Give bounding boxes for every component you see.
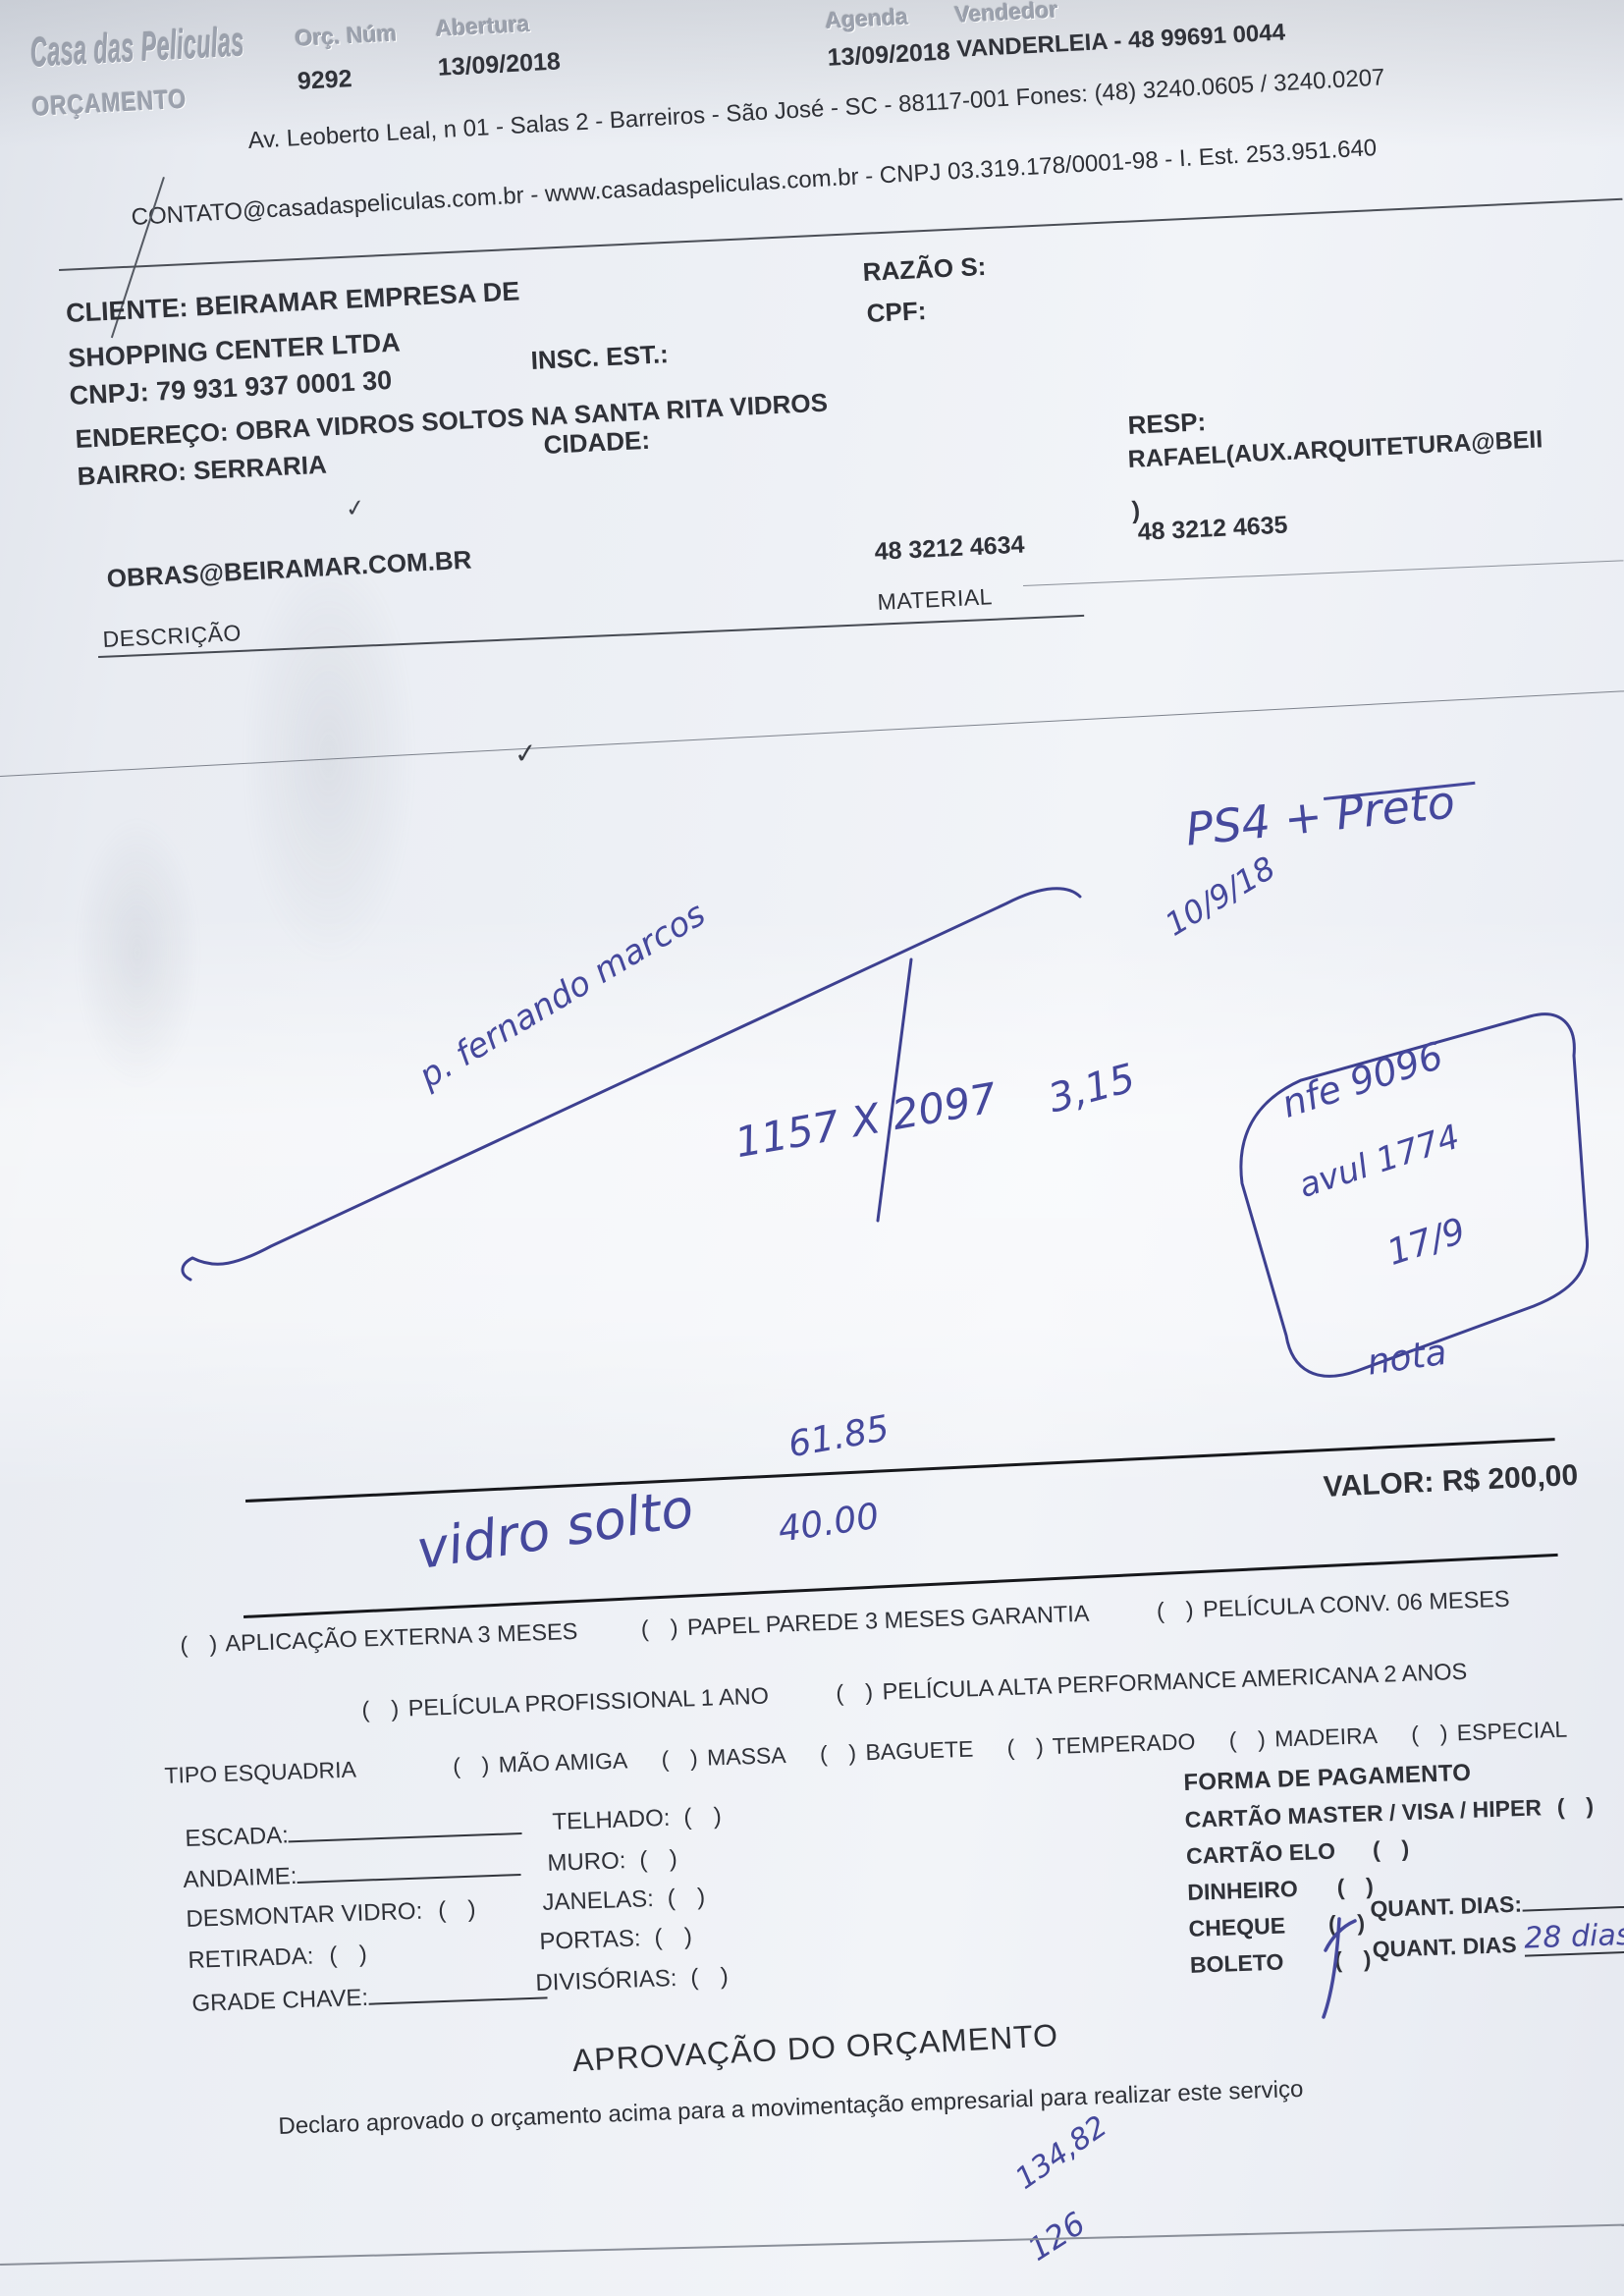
document-type-label: ORÇAMENTO [31,84,188,123]
checkbox-baguete: ( ) [820,1740,860,1767]
checkbox-retirada: ( ) [329,1941,370,1969]
telhado-row: TELHADO:( ) [552,1803,725,1836]
valor-value: R$ 200,00 [1441,1459,1579,1498]
descricao-rule [98,615,1084,658]
payment-method-cartao-master: CARTÃO MASTER / VISA / HIPER( ) [1184,1792,1597,1833]
option-massa: MASSA [707,1742,786,1771]
header-field-orc-num: Orç. Núm 9292 [295,21,400,96]
cartao-master-label: CARTÃO MASTER / VISA / HIPER [1184,1794,1542,1832]
orc-num-label: Orç. Núm [295,21,398,52]
insc-est-label: INSC. EST.: [530,339,669,376]
warranty-options-row-1: ( ) APLICAÇÃO EXTERNA 3 MESES ( ) PAPEL … [180,1586,1510,1659]
cliente-value: BEIRAMAR EMPRESA DE SHOPPING CENTER LTDA [68,276,520,373]
header-field-vendedor: Vendedor VANDERLEIA - 48 99691 0044 [954,0,1286,64]
escada-fill-line [288,1813,522,1842]
material-rule [1023,560,1624,586]
header-field-agenda: Agenda 13/09/2018 [825,1,950,72]
company-address-line: Av. Leoberto Leal, n 01 - Salas 2 - Barr… [247,64,1385,155]
cidade-label: CIDADE: [543,425,651,461]
razao-social-label: RAZÃO S: [862,251,987,288]
checkbox-especial: ( ) [1411,1721,1451,1747]
option-pelicula-profissional: PELÍCULA PROFISSIONAL 1 ANO [407,1683,769,1722]
approval-declaration: Declaro aprovado o orçamento acima para … [278,2076,1304,2141]
signature-stroke [177,830,1110,1291]
muro-label: MURO: [547,1847,626,1877]
checkbox-desmontar-vidro: ( ) [438,1896,479,1924]
option-madeira: MADEIRA [1274,1722,1379,1751]
divisorias-label: DIVISÓRIAS: [535,1965,677,1996]
option-papel-parede: PAPEL PAREDE 3 MESES GARANTIA [687,1601,1090,1640]
bairro-label: BAIRRO: [77,457,188,491]
escada-label: ESCADA: [185,1822,289,1852]
cliente-label: CLIENTE: [65,293,189,328]
quant-dias-boleto-line: 28 dias [1524,1921,1624,1957]
option-mao-amiga: MÃO AMIGA [498,1747,627,1777]
agenda-value: 13/09/2018 [827,37,950,73]
grade-chave-row: GRADE CHAVE: [191,1977,547,2018]
option-temperado: TEMPERADO [1052,1728,1195,1759]
pen-tick-on-rule: ✓ [513,737,539,771]
andaime-row: ANDAIME: [183,1854,521,1894]
checkbox-massa: ( ) [661,1745,701,1772]
quant-dias-boleto-label: QUANT. DIAS [1372,1932,1517,1962]
handwritten-boleto-check [1316,1915,1365,2023]
material-label: MATERIAL [877,583,994,616]
portas-row: PORTAS:( ) [539,1923,695,1956]
warranty-options-row-2: ( ) PELÍCULA PROFISSIONAL 1 ANO ( ) PELÍ… [361,1659,1468,1723]
company-logo: Casa das Peliculas [29,19,245,77]
portas-label: PORTAS: [539,1925,641,1955]
checkbox-telhado: ( ) [683,1803,725,1831]
abertura-value: 13/09/2018 [437,47,561,82]
handwritten-calc-top: 134,82 [1009,2109,1113,2197]
endereco-label: ENDEREÇO: [75,416,229,454]
checkbox-madeira: ( ) [1228,1726,1269,1753]
checkbox-muro: ( ) [639,1845,680,1873]
checkbox-temperado: ( ) [1006,1733,1047,1760]
checkbox-papel-parede: ( ) [640,1614,681,1641]
janelas-label: JANELAS: [542,1886,654,1916]
checkbox-portas: ( ) [654,1923,695,1950]
scanned-budget-document: Casa das Peliculas ORÇAMENTO Orç. Núm 92… [0,0,1624,2296]
bairro-row: BAIRRO: SERRARIA [77,450,327,492]
header-field-abertura: Abertura 13/09/2018 [435,9,562,82]
handwritten-quant-dias: 28 dias [1524,1918,1624,1956]
escada-row: ESCADA: [185,1813,522,1853]
material-phone: 48 3212 4634 [874,531,1025,567]
checkbox-janelas: ( ) [667,1884,708,1911]
option-pelicula-alta-performance: PELÍCULA ALTA PERFORMANCE AMERICANA 2 AN… [882,1659,1468,1705]
checkbox-pelicula-profissional: ( ) [361,1696,403,1722]
retirada-row: RETIRADA:( ) [188,1941,370,1975]
cnpj-label: CNPJ: [69,377,149,410]
divisorias-row: DIVISÓRIAS:( ) [535,1963,731,1997]
tipo-esquadria-label: TIPO ESQUADRIA [164,1757,356,1788]
approval-title: APROVAÇÃO DO ORÇAMENTO [461,2011,1169,2085]
quant-dias-cheque-line [1522,1885,1624,1911]
desmontar-vidro-label: DESMONTAR VIDRO: [186,1898,423,1933]
retirada-label: RETIRADA: [188,1943,314,1974]
descricao-label: DESCRIÇÃO [102,620,242,653]
resp-label: RESP: [1127,407,1207,441]
cheque-label: CHEQUE [1188,1912,1285,1941]
checkbox-pelicula-conv: ( ) [1156,1597,1197,1623]
quant-dias-cheque-label: QUANT. DIAS: [1370,1891,1522,1922]
option-aplicacao-externa: APLICAÇÃO EXTERNA 3 MESES [225,1618,578,1657]
valor-label: VALOR: [1323,1466,1435,1503]
scan-page-edge [0,2222,1624,2266]
cartao-elo-label: CARTÃO ELO [1186,1838,1336,1869]
bairro-value: SERRARIA [192,450,327,486]
checkbox-cartao-master: ( ) [1556,1792,1597,1819]
option-baguete: BAGUETE [865,1736,974,1766]
checkbox-mao-amiga: ( ) [453,1752,493,1778]
checkbox-divisorias: ( ) [690,1963,731,1991]
orc-num-value: 9292 [297,63,400,96]
payment-title: FORMA DE PAGAMENTO [1183,1755,1596,1797]
option-especial: ESPECIAL [1456,1717,1567,1746]
resp-phone: 48 3212 4635 [1137,512,1288,547]
boleto-label: BOLETO [1189,1949,1283,1978]
cpf-label: CPF: [866,296,927,329]
desmontar-vidro-row: DESMONTAR VIDRO:( ) [186,1896,479,1934]
muro-row: MURO:( ) [547,1845,680,1878]
handwritten-amount-mid: 40.00 [776,1497,882,1551]
payment-method-cartao-elo: CARTÃO ELO( ) [1186,1829,1598,1870]
checkbox-pelicula-alta-performance: ( ) [836,1679,877,1706]
abertura-label: Abertura [435,9,559,42]
telhado-label: TELHADO: [552,1805,671,1835]
andaime-label: ANDAIME: [183,1863,298,1893]
option-pelicula-conv: PELÍCULA CONV. 06 MESES [1203,1586,1510,1622]
pen-tick-mark: ✓ [344,493,367,524]
janelas-row: JANELAS:( ) [542,1884,709,1917]
andaime-fill-line [297,1854,521,1884]
grade-chave-fill-line [367,1977,547,2004]
grade-chave-label: GRADE CHAVE: [191,1985,368,2017]
checkbox-cartao-elo: ( ) [1373,1835,1413,1862]
dinheiro-label: DINHEIRO [1187,1876,1298,1905]
checkbox-aplicacao-externa: ( ) [180,1631,221,1658]
agenda-label: Agenda [825,1,948,34]
